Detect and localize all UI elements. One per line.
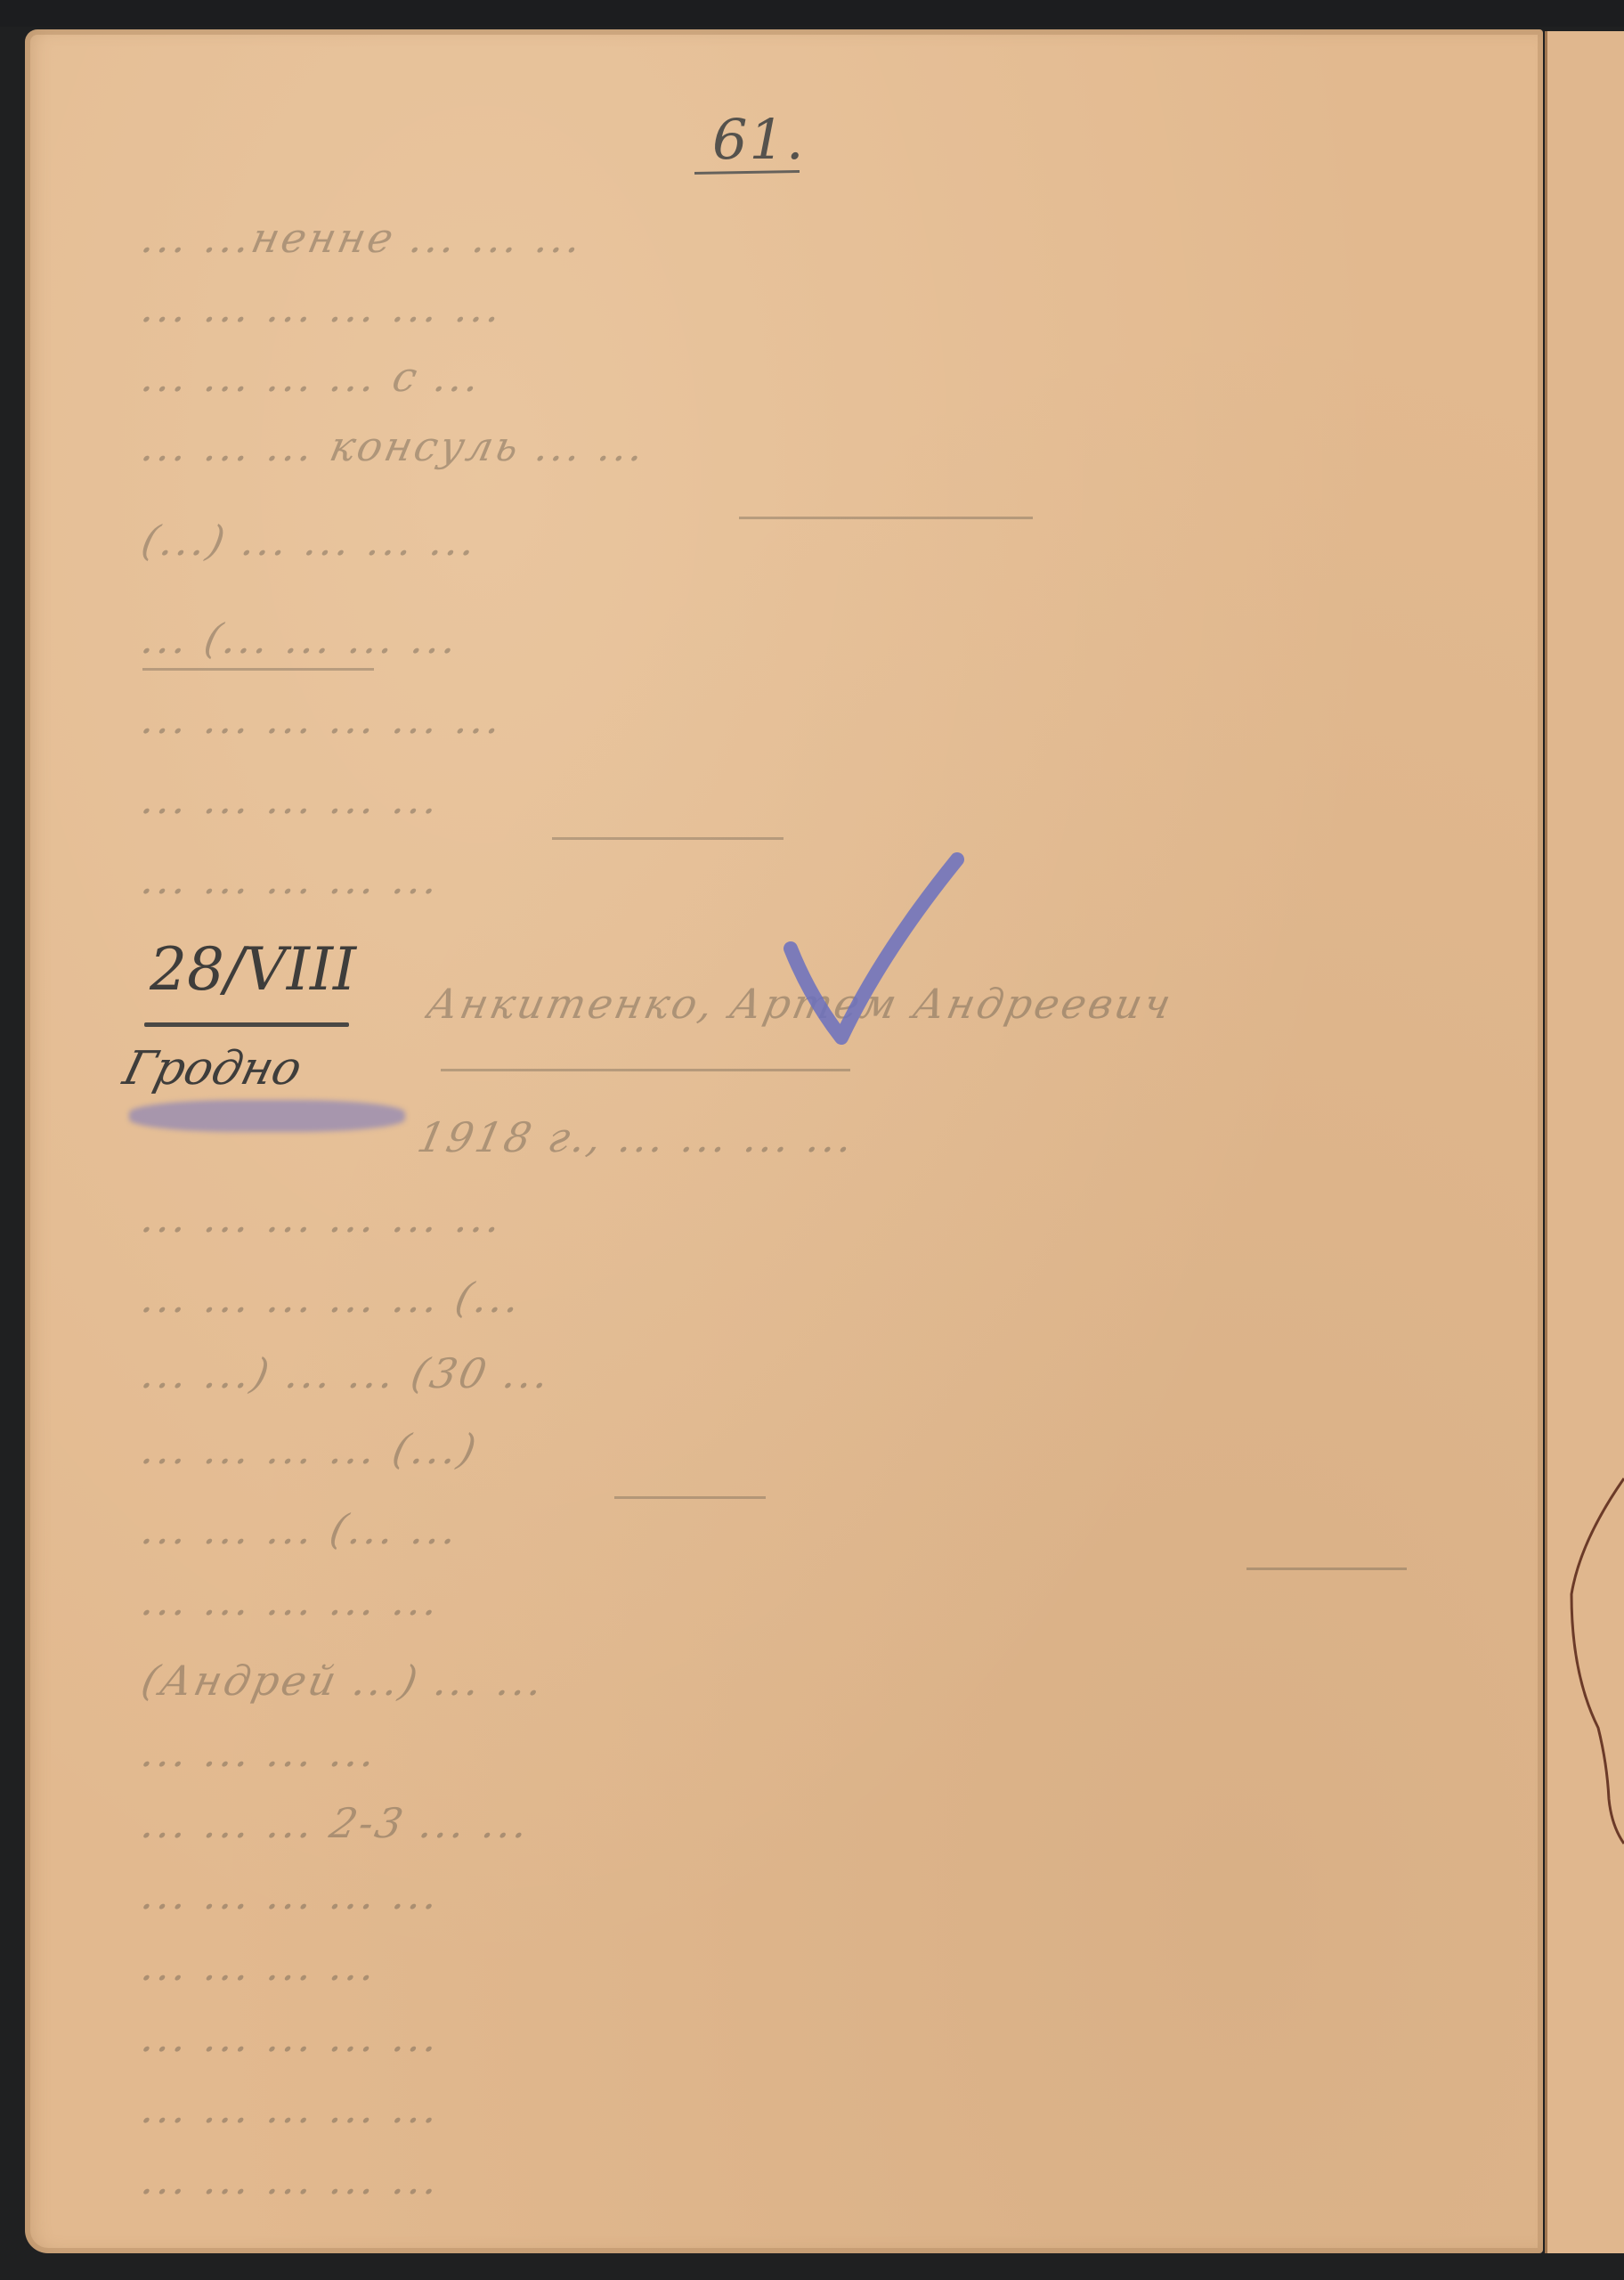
checkmark-icon xyxy=(775,846,970,1051)
text-underline xyxy=(552,837,784,840)
text-line: ... ... ... ... xyxy=(137,1728,1518,1776)
text-underline xyxy=(1246,1567,1407,1570)
text-underline xyxy=(441,1069,850,1071)
text-line: ... ...ненне ... ... ... xyxy=(137,214,1518,262)
text-line: ... ... ... ... ... ... xyxy=(137,695,1518,743)
text-line: ... ...) ... ... (30 ... xyxy=(137,1349,1518,1397)
text-line: ... ... ... ... ... xyxy=(137,2155,1518,2203)
text-line: 1918 г., ... ... ... ... xyxy=(413,1113,1518,1161)
text-line: ... ... ... ... ... xyxy=(137,2084,1518,2132)
text-line: ... ... ... ... ... xyxy=(137,775,1518,823)
text-underline xyxy=(614,1496,766,1499)
margin-place: Гродно xyxy=(118,1042,308,1095)
text-line: ... ... ... ... ... xyxy=(137,1870,1518,1918)
blue-pencil-underline xyxy=(129,1100,405,1132)
text-line: ... ... ... консуль ... ... xyxy=(137,422,1518,470)
text-line: ... ... ... ... ... xyxy=(137,2013,1518,2061)
text-line: ... ... ... 2-3 ... ... xyxy=(137,1799,1518,1847)
text-line: ... ... ... ... xyxy=(137,1942,1518,1990)
text-line: ... ... ... ... ... ... xyxy=(137,1193,1518,1242)
margin-date-rule xyxy=(144,1022,349,1027)
text-underline xyxy=(739,517,1033,519)
text-line: ... ... ... ... ... ... xyxy=(137,283,1518,331)
text-line: (...) ... ... ... ... xyxy=(137,517,1518,565)
page-number: 61. xyxy=(712,107,806,172)
text-line: ... (... ... ... ... xyxy=(137,615,1518,663)
text-line: ... ... ... (... ... xyxy=(137,1505,1518,1553)
scanner-background-top xyxy=(0,0,1624,27)
text-line: ... ... ... ... (...) xyxy=(137,1425,1518,1473)
text-line: (Андрей ...) ... ... xyxy=(137,1657,1518,1705)
ink-curve-facing-page xyxy=(1545,1461,1624,1906)
text-line: ... ... ... ... ... (... xyxy=(137,1274,1518,1322)
text-line: ... ... ... ... ... xyxy=(137,1576,1518,1624)
facing-page-edge xyxy=(1545,31,1624,2253)
margin-date: 28/VIII xyxy=(150,935,356,1004)
text-underline xyxy=(142,668,374,671)
entry-heading: Анкитенко, Артем Андреевич xyxy=(422,980,1518,1028)
text-line: ... ... ... ... с ... xyxy=(137,353,1518,401)
